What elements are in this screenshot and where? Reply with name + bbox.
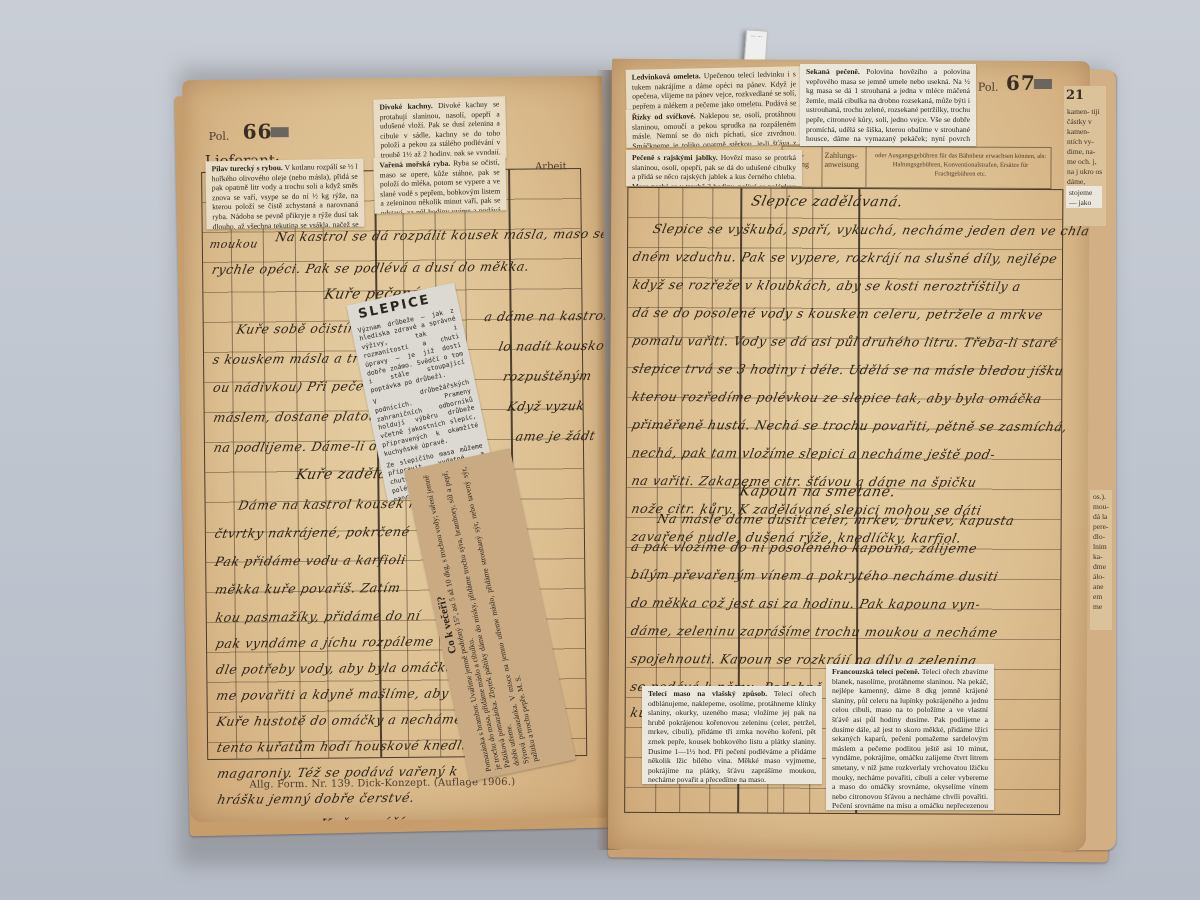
clipping-divoke-kachny: Divoké kachny. Divoké kachny se protahuj… (373, 96, 507, 161)
next-page-note: stojeme — jako (1066, 186, 1102, 208)
handwriting-line: tento kuřatům hodí houskové knedlíky (216, 737, 484, 755)
recipe-title-slepice-zadelavana: Slepice zadělávaná. (750, 193, 905, 210)
clipping-teleci-maso-vlassky: Telecí maso na vlašský způsob. Telecí oř… (642, 686, 822, 784)
handwriting-line: me povařiti a kdyně mašlíme, aby (215, 685, 450, 702)
handwriting-line: dá se do posolené vody s kouskem celeru,… (631, 305, 1045, 322)
header-note: oder Ausgangsgebühren für das Bähnbeur e… (872, 151, 1048, 179)
header-col-zahlungsanweisung: Zahlungs-anweisung (822, 147, 866, 187)
handwriting-line: lo nadít kousko (497, 338, 606, 354)
clipping-rizky-od-svickove: Řízky od svíčkové. Naklepou se, osolí, p… (626, 106, 803, 148)
handwriting-line: dném vzduchu. Pak se vypere, rozkrájí na… (631, 249, 1059, 266)
next-page-number: 21 (1064, 86, 1106, 105)
handwriting-line: pomalu vařiti. Vody se dá asi půl druhéh… (631, 333, 1060, 350)
page-number: 67 (1006, 71, 1036, 95)
handwriting-line: Pak přidáme vodu a karfioli (214, 552, 408, 569)
handwriting-line: dle potřeby vody, aby byla omáčka (215, 659, 456, 677)
handwriting-line: do měkka což jest asi za hodinu. Pak kap… (630, 595, 983, 612)
handwriting-line: Kuře hustotě do omáčky a necháme (215, 711, 464, 729)
handwriting-line: máslem, dostane platou (212, 408, 379, 425)
handwriting-line: slepice trvá se 3 hodiny i déle. Udělá s… (631, 361, 1065, 378)
handwriting-line: bílým převařeným vínem a pokrytého nechá… (630, 567, 1000, 584)
pos-label: Pol. (978, 81, 999, 94)
handwriting-line: ou nádivkou) Při pečení (212, 378, 379, 395)
handwriting-line: měkka kuře povaříš. Zatím (214, 580, 402, 597)
handwriting-line: Když vyzuk (506, 398, 586, 414)
handwriting-line: nechá, pak tam vložíme slepici a necháme… (630, 445, 997, 462)
handwriting-line: na podlijeme. Dáme-li do (212, 438, 387, 455)
pos-label: Pol. (209, 130, 230, 143)
clipping-pilav-turecky: Pilav turecký s rybou. V kotlanu rozpálí… (205, 159, 364, 230)
handwriting-line: a pak vložíme do ní posoleného kapouna, … (630, 539, 979, 556)
handwriting-line: moukou (209, 237, 260, 251)
handwriting-line: Na másle dáme dusiti celer, mrkev, bruke… (656, 511, 1016, 528)
clipping-varena-morska-ryba: Vařená mořská ryba. Ryba se očistí, maso… (373, 154, 506, 213)
page-number-stamp-icon (1034, 79, 1052, 89)
recipe-title-kapoun-na-smetane: Kapoun na smetaně. (738, 483, 897, 500)
handwriting-line: hrášku jemný dobře čerstvé. (216, 790, 416, 807)
ledger-header: Liqui-dierung Zahlungs-anweisung oder Au… (781, 146, 1051, 189)
handwriting-line: kterou rozředíme polévkou ze slepice tak… (631, 389, 1044, 406)
clipping-francouzska-teleci-pecene: Francouzská telecí pečeně. Telecí ořech … (826, 664, 994, 810)
page-number-stamp-icon (271, 127, 289, 137)
handwriting-line: dáme, zeleninu zaprášíme trochu moukou a… (629, 623, 999, 640)
handwriting-line: a dáme na kastrol (483, 308, 610, 324)
handwriting-line: Slepice se vyškubá, spaří, vykuchá, nech… (652, 221, 1091, 238)
handwriting-line: když se rozřeže v kloubkách, aby se kost… (631, 277, 1022, 294)
handwriting-line: čtvrtky nakrájené, pokrčené (213, 524, 411, 541)
handwriting-line: přiměřeně hustá. Nechá se trochu povařit… (631, 417, 1069, 434)
handwriting-line: rozpuštěným (502, 368, 594, 384)
clipping-ledvinkova-omeleta: Ledvinková omeleta. Upečenou telecí ledv… (626, 66, 803, 110)
next-page-edge-lower: os.). mou- dá la pere- dlo- lnim ka- dme… (1090, 490, 1112, 630)
handwriting-line: kou pasmažíky, přidáme do ní (214, 608, 422, 625)
spine-bookmark-tag: ··· ··· (744, 29, 768, 62)
photo-scene: ··· ··· Pol. 66 Lieferant: Arbeit Na kas… (0, 0, 1200, 900)
clipping-sekana-pecene: Sekaná pečeně. Polovina hovězího a polov… (800, 64, 976, 146)
page-number: 66 (243, 119, 273, 143)
clipping-pecene-s-rajskymi-jablky: Pečeně s rajskými jablky. Hovězí maso se… (626, 150, 802, 186)
handwriting-line: ame je žádt (514, 428, 597, 444)
handwriting-line: pak vyndáme a jíchu rozpáleme (215, 634, 436, 651)
